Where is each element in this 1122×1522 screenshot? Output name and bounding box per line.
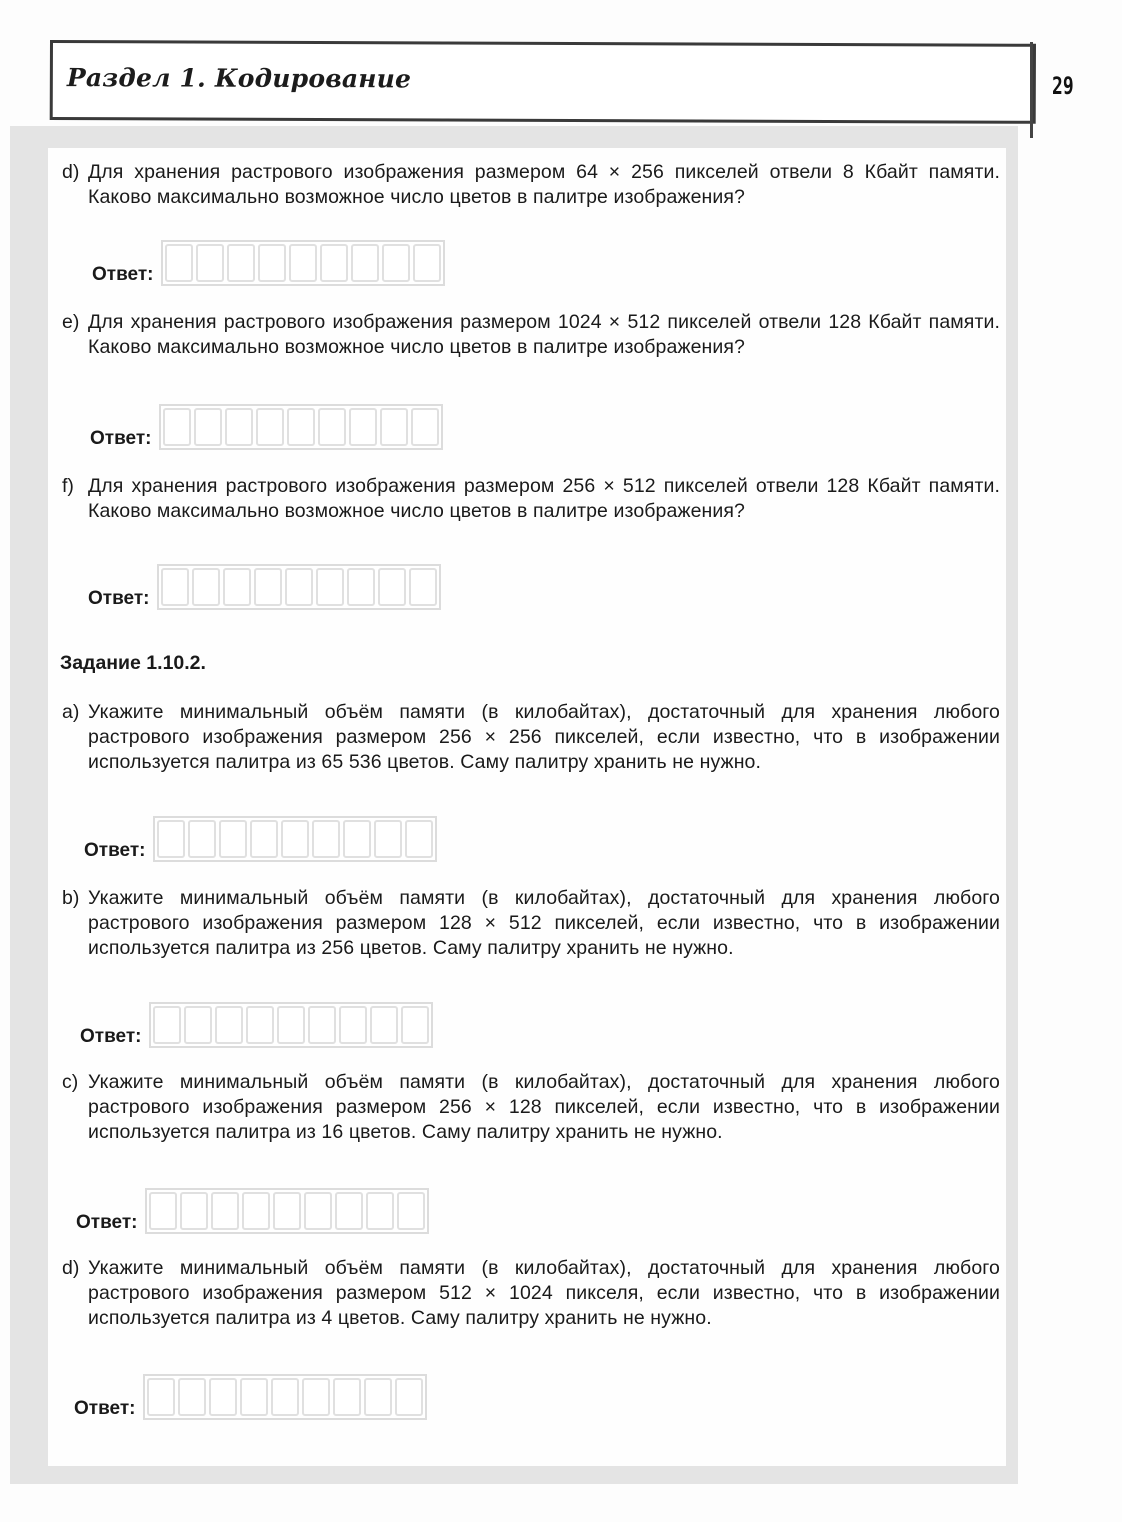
answer-cell[interactable] — [320, 244, 348, 282]
answer-cell[interactable] — [246, 1006, 274, 1044]
answer-cell[interactable] — [240, 1378, 268, 1416]
question-e-1: e) Для хранения растрового изображения р… — [48, 310, 1006, 360]
answer-cell[interactable] — [413, 244, 441, 282]
answer-cell[interactable] — [256, 408, 284, 446]
answer-cell[interactable] — [343, 820, 371, 858]
question-text: Для хранения растрового изображения разм… — [88, 474, 1006, 524]
question-text: Для хранения растрового изображения разм… — [88, 310, 1006, 360]
question-letter: e) — [48, 310, 88, 360]
answer-cell[interactable] — [289, 244, 317, 282]
answer-cell[interactable] — [211, 1192, 239, 1230]
question-letter: c) — [48, 1070, 88, 1145]
answer-cell[interactable] — [147, 1378, 175, 1416]
answer-cell[interactable] — [178, 1378, 206, 1416]
answer-cell[interactable] — [411, 408, 439, 446]
task-title: Задание 1.10.2. — [60, 652, 206, 675]
question-text: Для хранения растрового изображения разм… — [88, 160, 1006, 210]
answer-cell[interactable] — [285, 568, 313, 606]
answer-cell[interactable] — [250, 820, 278, 858]
answer-cell[interactable] — [180, 1192, 208, 1230]
answer-cell[interactable] — [395, 1378, 423, 1416]
page-number: 29 — [1052, 72, 1074, 100]
answer-cell[interactable] — [192, 568, 220, 606]
question-letter: b) — [48, 886, 88, 961]
answer-input[interactable] — [159, 404, 443, 450]
answer-label: Ответ: — [84, 840, 145, 862]
answer-row: Ответ: — [88, 564, 441, 610]
answer-cell[interactable] — [333, 1378, 361, 1416]
answer-cell[interactable] — [219, 820, 247, 858]
page-content: d) Для хранения растрового изображения р… — [48, 148, 1006, 1466]
question-letter: d) — [48, 160, 88, 210]
answer-cell[interactable] — [277, 1006, 305, 1044]
question-c-2: c) Укажите минимальный объём памяти (в к… — [48, 1070, 1006, 1145]
answer-cell[interactable] — [382, 244, 410, 282]
answer-label: Ответ: — [88, 588, 149, 610]
answer-cell[interactable] — [380, 408, 408, 446]
answer-cell[interactable] — [364, 1378, 392, 1416]
answer-input[interactable] — [145, 1188, 429, 1234]
answer-row: Ответ: — [90, 404, 443, 450]
answer-cell[interactable] — [281, 820, 309, 858]
answer-cell[interactable] — [378, 568, 406, 606]
answer-cell[interactable] — [302, 1378, 330, 1416]
section-title: Раздел 1. Кодирование — [67, 63, 411, 93]
answer-cell[interactable] — [349, 408, 377, 446]
answer-cell[interactable] — [209, 1378, 237, 1416]
answer-cell[interactable] — [347, 568, 375, 606]
answer-label: Ответ: — [90, 428, 151, 450]
answer-label: Ответ: — [80, 1026, 141, 1048]
answer-cell[interactable] — [184, 1006, 212, 1044]
question-letter: f) — [48, 474, 88, 524]
answer-cell[interactable] — [163, 408, 191, 446]
question-letter: d) — [48, 1256, 88, 1331]
question-text: Укажите минимальный объём памяти (в кило… — [88, 700, 1006, 775]
answer-cell[interactable] — [312, 820, 340, 858]
answer-cell[interactable] — [351, 244, 379, 282]
answer-row: Ответ: — [74, 1374, 427, 1420]
answer-cell[interactable] — [287, 408, 315, 446]
answer-cell[interactable] — [194, 408, 222, 446]
answer-cell[interactable] — [366, 1192, 394, 1230]
question-text: Укажите минимальный объём памяти (в кило… — [88, 1256, 1006, 1331]
answer-label: Ответ: — [74, 1398, 135, 1420]
answer-input[interactable] — [143, 1374, 427, 1420]
question-f-1: f) Для хранения растрового изображения р… — [48, 474, 1006, 524]
answer-row: Ответ: — [80, 1002, 433, 1048]
question-text: Укажите минимальный объём памяти (в кило… — [88, 1070, 1006, 1145]
answer-input[interactable] — [153, 816, 437, 862]
question-b-2: b) Укажите минимальный объём памяти (в к… — [48, 886, 1006, 961]
answer-cell[interactable] — [223, 568, 251, 606]
answer-cell[interactable] — [188, 820, 216, 858]
answer-input[interactable] — [149, 1002, 433, 1048]
answer-cell[interactable] — [397, 1192, 425, 1230]
answer-row: Ответ: — [76, 1188, 429, 1234]
answer-cell[interactable] — [304, 1192, 332, 1230]
question-d-2: d) Укажите минимальный объём памяти (в к… — [48, 1256, 1006, 1331]
question-d-1: d) Для хранения растрового изображения р… — [48, 160, 1006, 210]
answer-label: Ответ: — [76, 1212, 137, 1234]
answer-cell[interactable] — [227, 244, 255, 282]
answer-input[interactable] — [161, 240, 445, 286]
answer-cell[interactable] — [157, 820, 185, 858]
answer-row: Ответ: — [92, 240, 445, 286]
answer-cell[interactable] — [149, 1192, 177, 1230]
answer-cell[interactable] — [374, 820, 402, 858]
answer-cell[interactable] — [339, 1006, 367, 1044]
question-letter: a) — [48, 700, 88, 775]
answer-cell[interactable] — [335, 1192, 363, 1230]
answer-cell[interactable] — [273, 1192, 301, 1230]
answer-cell[interactable] — [165, 244, 193, 282]
answer-cell[interactable] — [370, 1006, 398, 1044]
answer-cell[interactable] — [401, 1006, 429, 1044]
answer-cell[interactable] — [196, 244, 224, 282]
answer-row: Ответ: — [84, 816, 437, 862]
section-header: Раздел 1. Кодирование — [50, 40, 1036, 124]
answer-cell[interactable] — [308, 1006, 336, 1044]
answer-cell[interactable] — [153, 1006, 181, 1044]
answer-cell[interactable] — [215, 1006, 243, 1044]
answer-cell[interactable] — [258, 244, 286, 282]
answer-cell[interactable] — [254, 568, 282, 606]
answer-label: Ответ: — [92, 264, 153, 286]
header-rule — [1030, 42, 1033, 138]
answer-cell[interactable] — [318, 408, 346, 446]
answer-cell[interactable] — [225, 408, 253, 446]
answer-input[interactable] — [157, 564, 441, 610]
answer-cell[interactable] — [161, 568, 189, 606]
answer-cell[interactable] — [271, 1378, 299, 1416]
answer-cell[interactable] — [316, 568, 344, 606]
answer-cell[interactable] — [242, 1192, 270, 1230]
answer-cell[interactable] — [409, 568, 437, 606]
question-text: Укажите минимальный объём памяти (в кило… — [88, 886, 1006, 961]
question-a-2: a) Укажите минимальный объём памяти (в к… — [48, 700, 1006, 775]
answer-cell[interactable] — [405, 820, 433, 858]
